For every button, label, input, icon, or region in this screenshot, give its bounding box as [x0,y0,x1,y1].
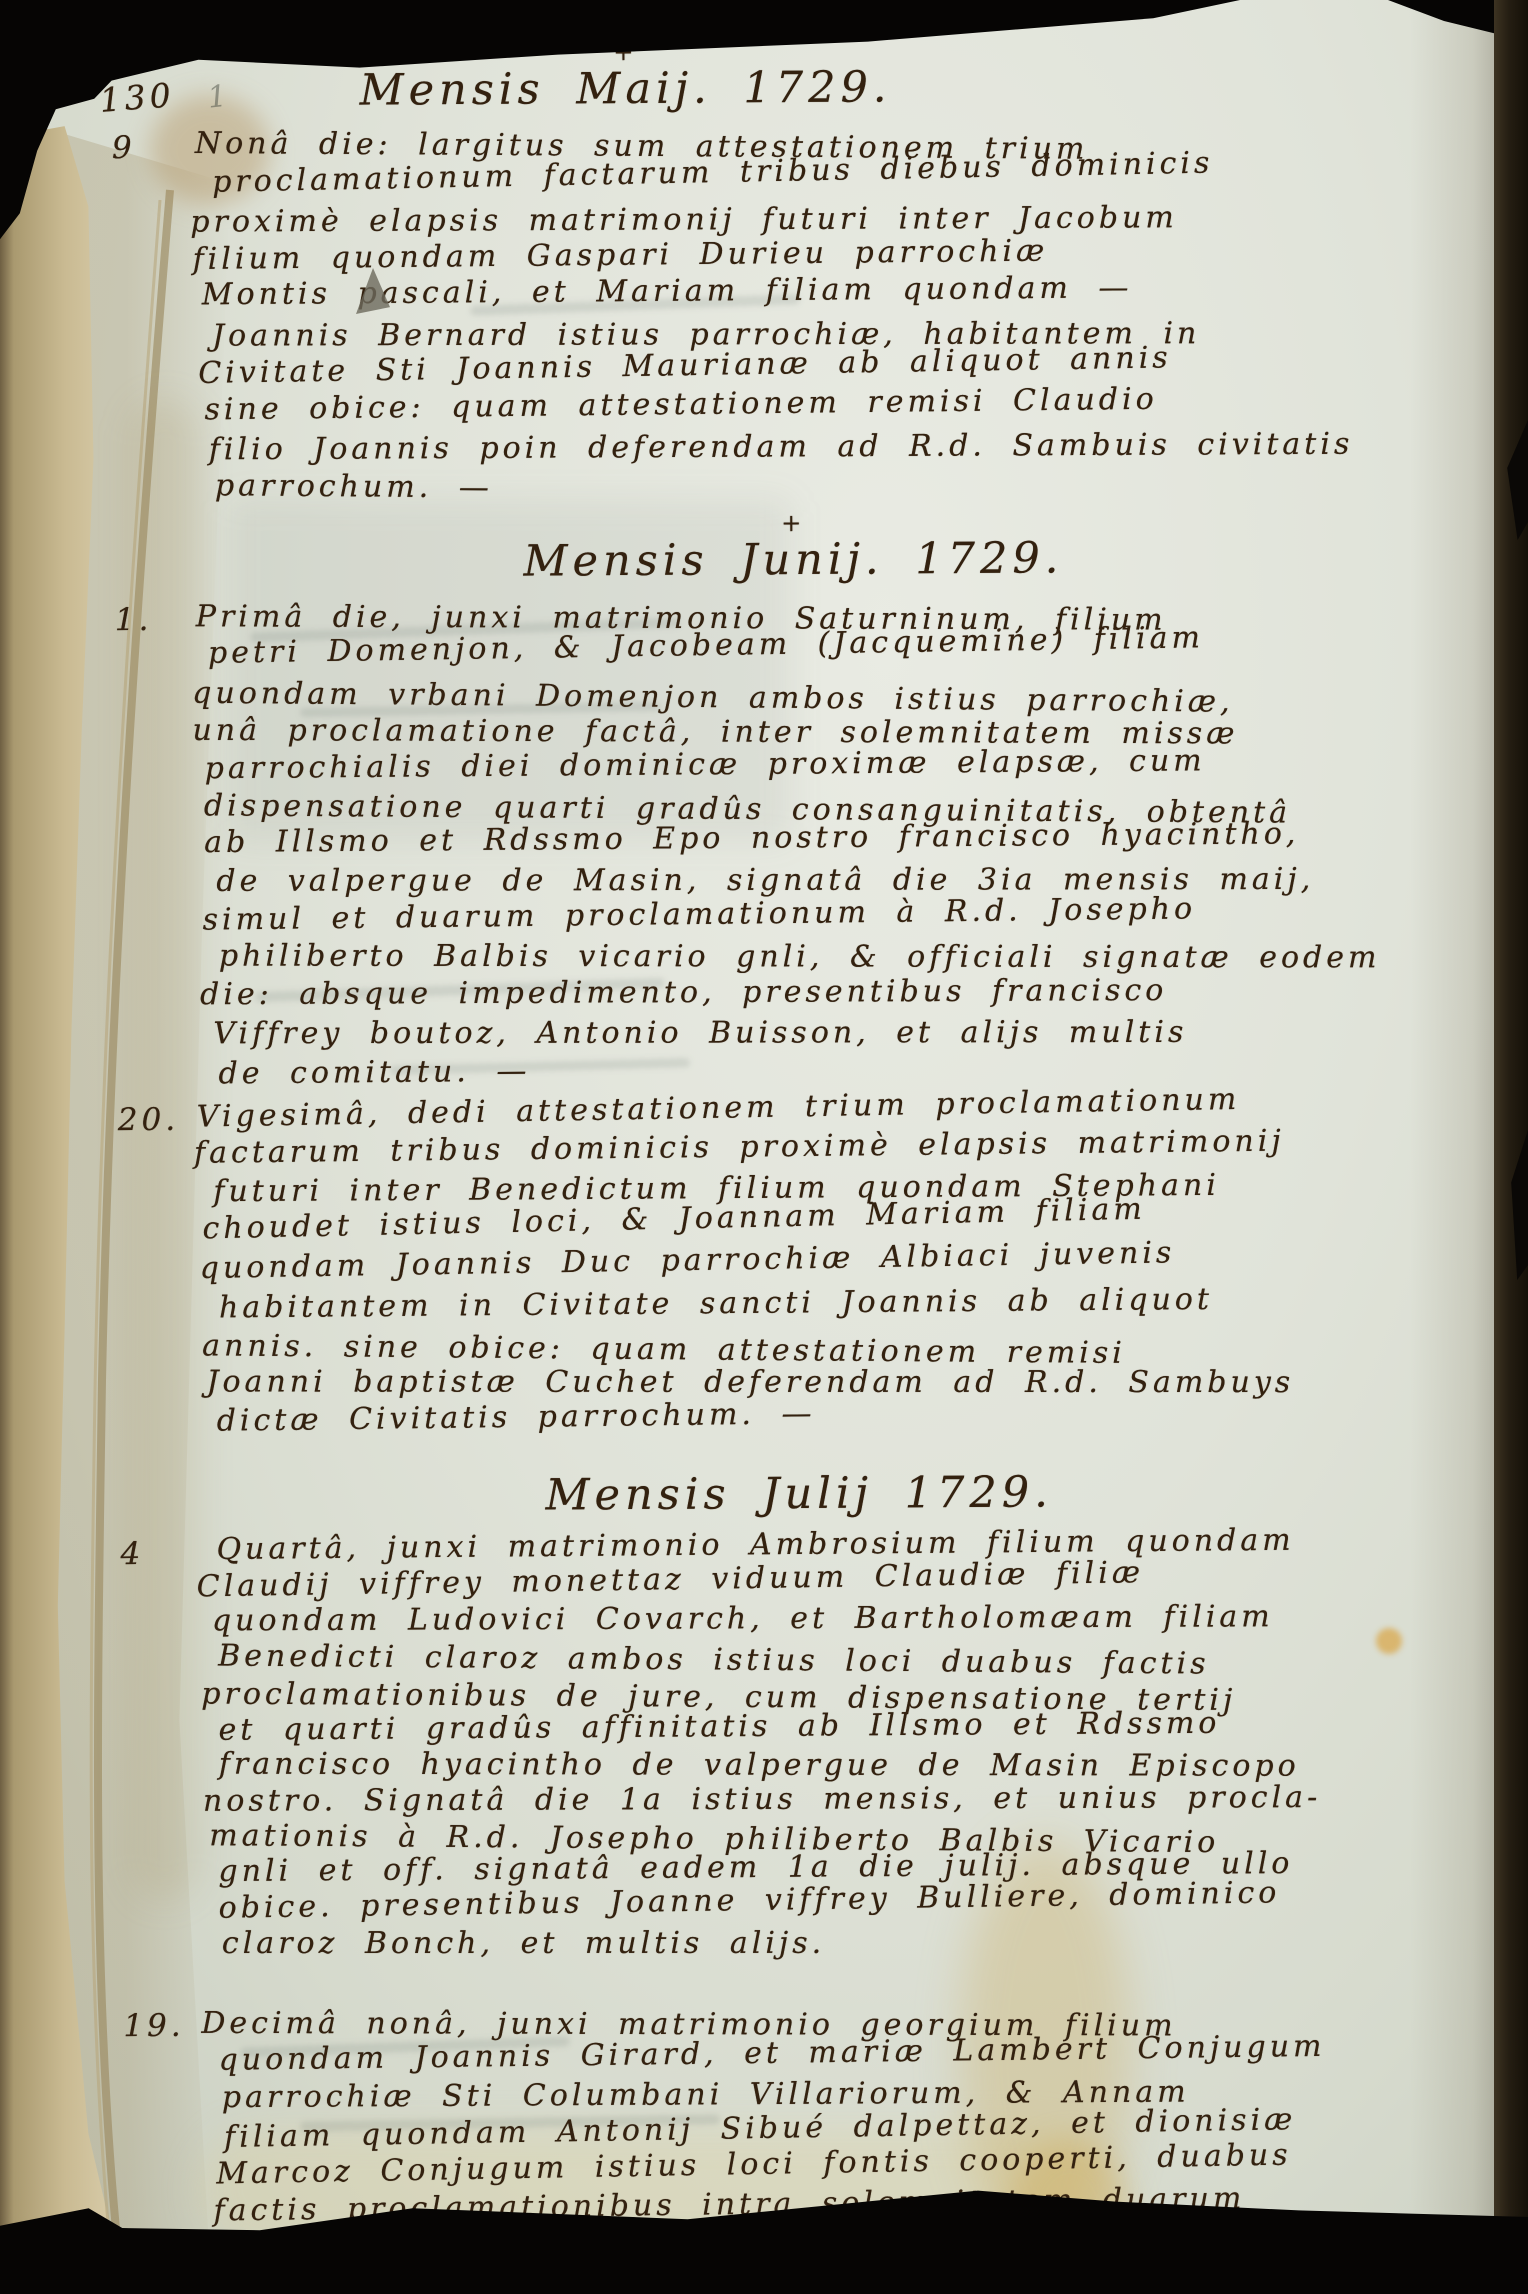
entry-number: 20. [118,1098,196,1440]
register-entry: 20.Vigesimâ, dedi attestationem trium pr… [118,1090,1478,1440]
month-header: Mensis Julij 1729. [120,1444,1478,1524]
entry-number: 4 [120,1532,199,1964]
register-entry: 4Quartâ, junxi matrimonio Ambrosium fili… [120,1524,1481,1964]
month-header: +Mensis Junij. 1729. [114,510,1472,590]
manuscript-line: claroz Bonch, et multis alijs. [222,1926,1481,1962]
entry-number: 1. [115,598,194,1092]
manuscript-content: 130 1 +Mensis Maij. 1729.9Nonâ die: larg… [111,12,1483,2268]
month-header-title: Mensis Junij. 1729. [114,530,1472,590]
register-entry: 19.Decimâ nonâ, junxi matrimonio georgiu… [123,1996,1482,2232]
month-header-title: Mensis Julij 1729. [120,1464,1478,1524]
register-entry: 9Nonâ die: largitus sum attestationem tr… [112,118,1472,506]
entry-lines: Quartâ, junxi matrimonio Ambrosium filiu… [196,1524,1481,1964]
manuscript-line: Montis pascali, et Mariam filiam quondam… [202,267,1471,315]
manuscript-line: habitantem in Civitate sancti Joannis ab… [219,1279,1477,1328]
manuscript-body: +Mensis Maij. 1729.9Nonâ die: largitus s… [111,38,1482,2232]
manuscript-line: die: absque impedimento, presentibus fra… [200,971,1475,1015]
entry-lines: Nonâ die: largitus sum attestationem tri… [188,118,1472,506]
entry-lines: Vigesimâ, dedi attestationem trium procl… [194,1090,1478,1440]
manuscript-line: filio Joannis poin deferendam ad R.d. Sa… [209,425,1472,469]
register-entry: 1.Primâ die, junxi matrimonio Saturninum… [115,590,1476,1092]
page-number-ghost: 1 [206,78,233,115]
entry-lines: Decimâ nonâ, junxi matrimonio georgium f… [199,1996,1482,2232]
entry-number: 19. [123,2004,200,2232]
entry-lines: Primâ die, junxi matrimonio Saturninum, … [191,590,1476,1092]
manuscript-line: parrochum. — [215,467,1472,515]
manuscript-line: et quarti gradûs affinitatis ab Illsmo e… [218,1704,1479,1749]
manuscript-line: nostro. Signatâ die 1a istius mensis, et… [203,1780,1480,1820]
manuscript-line: quondam Ludovici Covarch, et Bartholomæa… [212,1599,1479,1640]
manuscript-photo: 130 1 +Mensis Maij. 1729.9Nonâ die: larg… [0,0,1528,2294]
month-header-title: Mensis Maij. 1729. [111,60,1139,118]
entry-number: 9 [112,126,190,506]
